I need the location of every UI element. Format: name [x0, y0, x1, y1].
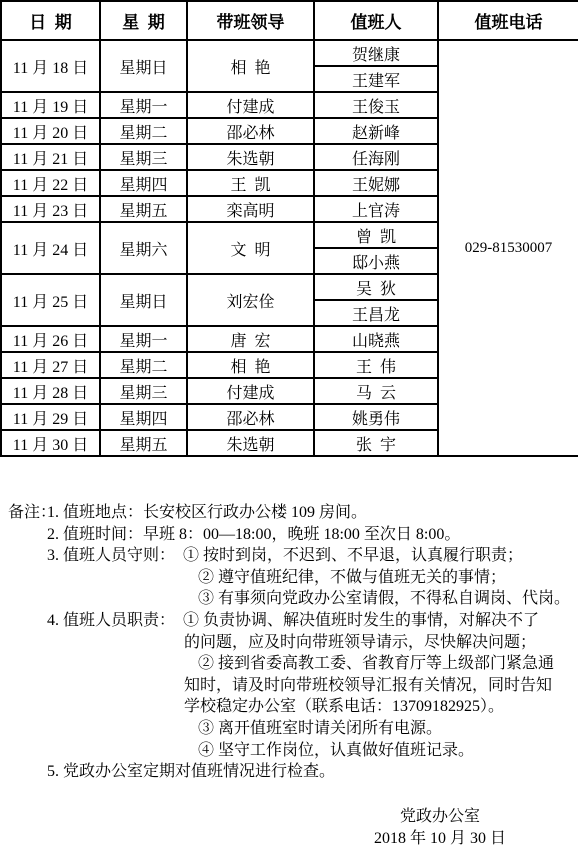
header-cell-2: 带班领导 — [187, 1, 314, 40]
footer-signer: 党政办公室 — [350, 806, 530, 828]
leader-cell: 刘宏佺 — [187, 274, 314, 326]
table-header-row: 日 期星 期带班领导值班人值班电话 — [1, 1, 578, 40]
weekday-cell: 星期四 — [100, 404, 187, 430]
leader-cell: 栾高明 — [187, 196, 314, 222]
weekday-cell: 星期一 — [100, 92, 187, 118]
person-cell: 任海刚 — [314, 144, 438, 170]
weekday-cell: 星期五 — [100, 430, 187, 456]
date-cell: 11 月 30 日 — [1, 430, 100, 456]
header-cell-3: 值班人 — [314, 1, 438, 40]
date-cell: 11 月 20 日 — [1, 118, 100, 144]
person-cell: 姚勇伟 — [314, 404, 438, 430]
leader-cell: 文 明 — [187, 222, 314, 274]
leader-cell: 相 艳 — [187, 352, 314, 378]
footer-date: 2018 年 10 月 30 日 — [350, 828, 530, 850]
date-cell: 11 月 21 日 — [1, 144, 100, 170]
note-line: 5. 党政办公室定期对值班情况进行检查。 — [47, 761, 576, 783]
person-cell: 马 云 — [314, 378, 438, 404]
weekday-cell: 星期二 — [100, 352, 187, 378]
person-cell: 山晓燕 — [314, 326, 438, 352]
leader-cell: 唐 宏 — [187, 326, 314, 352]
header-cell-4: 值班电话 — [438, 1, 578, 40]
note-line: 学校稳定办公室（联系电话：13709182925）。 — [47, 696, 576, 718]
person-cell: 上官涛 — [314, 196, 438, 222]
person-cell: 王 伟 — [314, 352, 438, 378]
person-cell: 邸小燕 — [314, 248, 438, 274]
weekday-cell: 星期三 — [100, 378, 187, 404]
leader-cell: 付建成 — [187, 92, 314, 118]
note-line: ② 接到省委高教工委、省教育厅等上级部门紧急通 — [47, 653, 576, 675]
table-row: 11 月 18 日星期日相 艳贺继康029-81530007 — [1, 40, 578, 66]
note-line: 4. 值班人员职责： ① 负责协调、解决值班时发生的事情，对解决不了 — [47, 610, 576, 632]
person-cell: 王妮娜 — [314, 170, 438, 196]
date-cell: 11 月 18 日 — [1, 40, 100, 92]
footer-signature-block: 党政办公室 2018 年 10 月 30 日 — [350, 806, 530, 850]
weekday-cell: 星期日 — [100, 40, 187, 92]
leader-cell: 朱选朝 — [187, 144, 314, 170]
header-cell-0: 日 期 — [1, 1, 100, 40]
note-line: 2. 值班时间：早班 8：00—18:00，晚班 18:00 至次日 8:00。 — [47, 524, 576, 546]
note-line: 知时，请及时向带班校领导汇报有关情况，同时告知 — [47, 675, 576, 697]
note-line: ③ 有事须向党政办公室请假，不得私自调岗、代岗。 — [47, 588, 576, 610]
weekday-cell: 星期四 — [100, 170, 187, 196]
note-line: 1. 值班地点：长安校区行政办公楼 109 房间。 — [47, 502, 576, 524]
person-cell: 王昌龙 — [314, 300, 438, 326]
leader-cell: 相 艳 — [187, 40, 314, 92]
header-cell-1: 星 期 — [100, 1, 187, 40]
person-cell: 曾 凯 — [314, 222, 438, 248]
weekday-cell: 星期日 — [100, 274, 187, 326]
date-cell: 11 月 28 日 — [1, 378, 100, 404]
weekday-cell: 星期三 — [100, 144, 187, 170]
leader-cell: 邵必林 — [187, 118, 314, 144]
notes-section: 备注： 1. 值班地点：长安校区行政办公楼 109 房间。2. 值班时间：早班 … — [8, 502, 576, 783]
leader-cell: 邵必林 — [187, 404, 314, 430]
person-cell: 王建军 — [314, 66, 438, 92]
date-cell: 11 月 24 日 — [1, 222, 100, 274]
notes-lines: 1. 值班地点：长安校区行政办公楼 109 房间。2. 值班时间：早班 8：00… — [47, 502, 576, 783]
person-cell: 吴 狄 — [314, 274, 438, 300]
weekday-cell: 星期六 — [100, 222, 187, 274]
date-cell: 11 月 27 日 — [1, 352, 100, 378]
weekday-cell: 星期五 — [100, 196, 187, 222]
phone-cell: 029-81530007 — [438, 40, 578, 456]
note-line: ② 遵守值班纪律，不做与值班无关的事情； — [47, 567, 576, 589]
duty-table: 日 期星 期带班领导值班人值班电话 11 月 18 日星期日相 艳贺继康029-… — [0, 0, 578, 457]
person-cell: 王俊玉 — [314, 92, 438, 118]
duty-roster-document: 日 期星 期带班领导值班人值班电话 11 月 18 日星期日相 艳贺继康029-… — [0, 0, 578, 856]
note-line: ③ 离开值班室时请关闭所有电源。 — [47, 718, 576, 740]
date-cell: 11 月 26 日 — [1, 326, 100, 352]
person-cell: 赵新峰 — [314, 118, 438, 144]
date-cell: 11 月 25 日 — [1, 274, 100, 326]
note-line: ④ 坚守工作岗位，认真做好值班记录。 — [47, 740, 576, 762]
note-line: 3. 值班人员守则： ① 按时到岗，不迟到、不早退，认真履行职责； — [47, 545, 576, 567]
person-cell: 贺继康 — [314, 40, 438, 66]
weekday-cell: 星期一 — [100, 326, 187, 352]
note-line: 的问题，应及时向带班领导请示，尽快解决问题； — [47, 632, 576, 654]
notes-label: 备注： — [8, 502, 56, 524]
date-cell: 11 月 29 日 — [1, 404, 100, 430]
leader-cell: 朱选朝 — [187, 430, 314, 456]
leader-cell: 付建成 — [187, 378, 314, 404]
date-cell: 11 月 19 日 — [1, 92, 100, 118]
weekday-cell: 星期二 — [100, 118, 187, 144]
person-cell: 张 宇 — [314, 430, 438, 456]
date-cell: 11 月 23 日 — [1, 196, 100, 222]
date-cell: 11 月 22 日 — [1, 170, 100, 196]
leader-cell: 王 凯 — [187, 170, 314, 196]
